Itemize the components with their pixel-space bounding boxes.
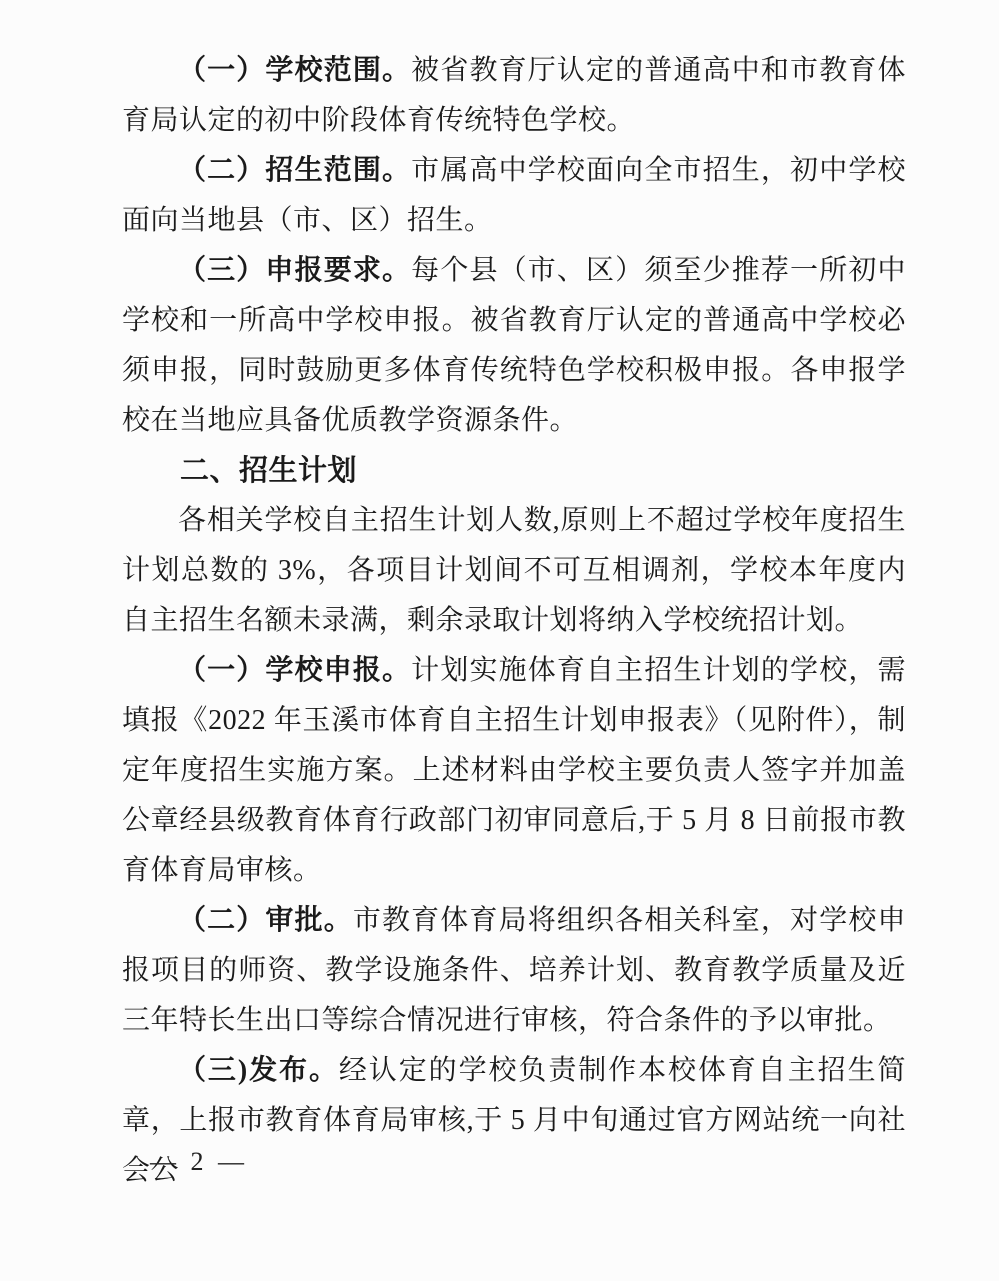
- paragraph: （一）学校范围。被省教育厅认定的普通高中和市教育体育局认定的初中阶段体育传统特色…: [122, 46, 906, 146]
- paragraph-lead: （三)发布。: [178, 1055, 339, 1086]
- paragraph-lead: （二）招生范围。: [178, 155, 411, 186]
- document-page: （一）学校范围。被省教育厅认定的普通高中和市教育体育局认定的初中阶段体育传统特色…: [0, 0, 999, 1281]
- paragraph: （二）招生范围。市属高中学校面向全市招生，初中学校面向当地县（市、区）招生。: [122, 146, 906, 246]
- page-number: — 2 —: [150, 1146, 248, 1178]
- document-body: （一）学校范围。被省教育厅认定的普通高中和市教育体育局认定的初中阶段体育传统特色…: [122, 46, 906, 1196]
- section-heading: 二、招生计划: [122, 446, 906, 496]
- paragraph: （一）学校申报。计划实施体育自主招生计划的学校，需填报《2022 年玉溪市体育自…: [122, 646, 906, 896]
- paragraph: 各相关学校自主招生计划人数,原则上不超过学校年度招生计划总数的 3%，各项目计划…: [122, 496, 906, 646]
- paragraph: （二）审批。市教育体育局将组织各相关科室，对学校申报项目的师资、教学设施条件、培…: [122, 896, 906, 1046]
- paragraph-lead: （三）申报要求。: [178, 255, 411, 286]
- paragraph-text: 各相关学校自主招生计划人数,原则上不超过学校年度招生计划总数的 3%，各项目计划…: [122, 505, 906, 636]
- paragraph-lead: （一）学校申报。: [178, 655, 411, 686]
- paragraph-text: 计划实施体育自主招生计划的学校，需填报《2022 年玉溪市体育自主招生计划申报表…: [122, 655, 906, 886]
- paragraph-lead: （二）审批。: [178, 905, 353, 936]
- paragraph: （三）申报要求。每个县（市、区）须至少推荐一所初中学校和一所高中学校申报。被省教…: [122, 246, 906, 446]
- paragraph-lead: （一）学校范围。: [178, 55, 411, 86]
